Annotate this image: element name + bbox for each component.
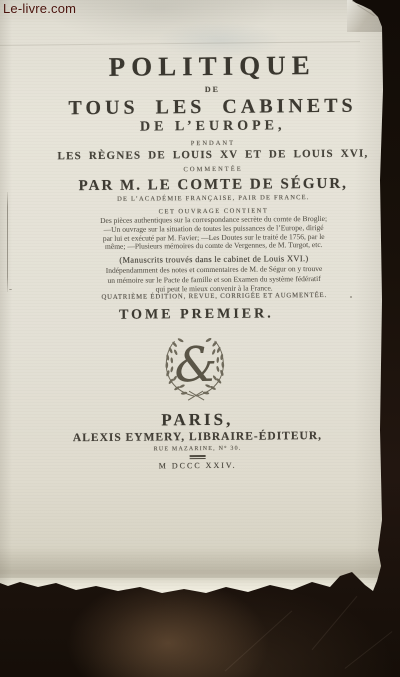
notes-paragraph: Indépendamment des notes et commentaires… xyxy=(26,263,400,295)
paper-speck xyxy=(9,289,12,290)
wreath-monogram-icon: & xyxy=(145,333,246,402)
publisher-line: ALEXIS EYMERY, LIBRAIRE-ÉDITEUR, xyxy=(9,429,385,444)
book-subtitle: TOUS LES CABINETS xyxy=(24,94,400,120)
table-scratch xyxy=(345,631,393,669)
date-line: M DCCC XXIV. xyxy=(10,459,386,471)
reigns-line: LES RÈGNES DE LOUIS XV ET DE LOUIS XVI, xyxy=(25,147,400,162)
contents-paragraph: Des pièces authentiques sur la correspon… xyxy=(26,214,400,252)
paper-crease xyxy=(7,192,8,292)
city-line: PARIS, xyxy=(9,408,385,431)
table-scratch xyxy=(225,611,293,672)
photo-background: POLITIQUE DE TOUS LES CABINETS DE L’EURO… xyxy=(0,0,400,677)
site-watermark: Le-livre.com xyxy=(3,1,76,16)
book-subtitle-2: DE L’EUROPE, xyxy=(25,117,400,136)
table-scratch xyxy=(312,596,358,650)
author-line: PAR M. LE COMTE DE SÉGUR, xyxy=(25,175,400,195)
title-connector: DE xyxy=(24,83,400,95)
publisher-monogram-icon: & xyxy=(145,333,246,402)
volume-line: TOME PREMIER. xyxy=(8,305,384,324)
address-line: RUE MAZARINE, N° 30. xyxy=(10,444,386,453)
contents-line: même; —Plusieurs mémoires du comte de Ve… xyxy=(26,241,400,253)
monogram-letter: & xyxy=(174,337,217,393)
book-title: POLITIQUE xyxy=(24,49,400,83)
title-page-text: POLITIQUE DE TOUS LES CABINETS DE L’EURO… xyxy=(18,0,400,677)
commented-label: COMMENTÉE xyxy=(25,164,400,174)
book-page: POLITIQUE DE TOUS LES CABINETS DE L’EURO… xyxy=(0,0,400,677)
ornament-rule xyxy=(190,455,206,459)
